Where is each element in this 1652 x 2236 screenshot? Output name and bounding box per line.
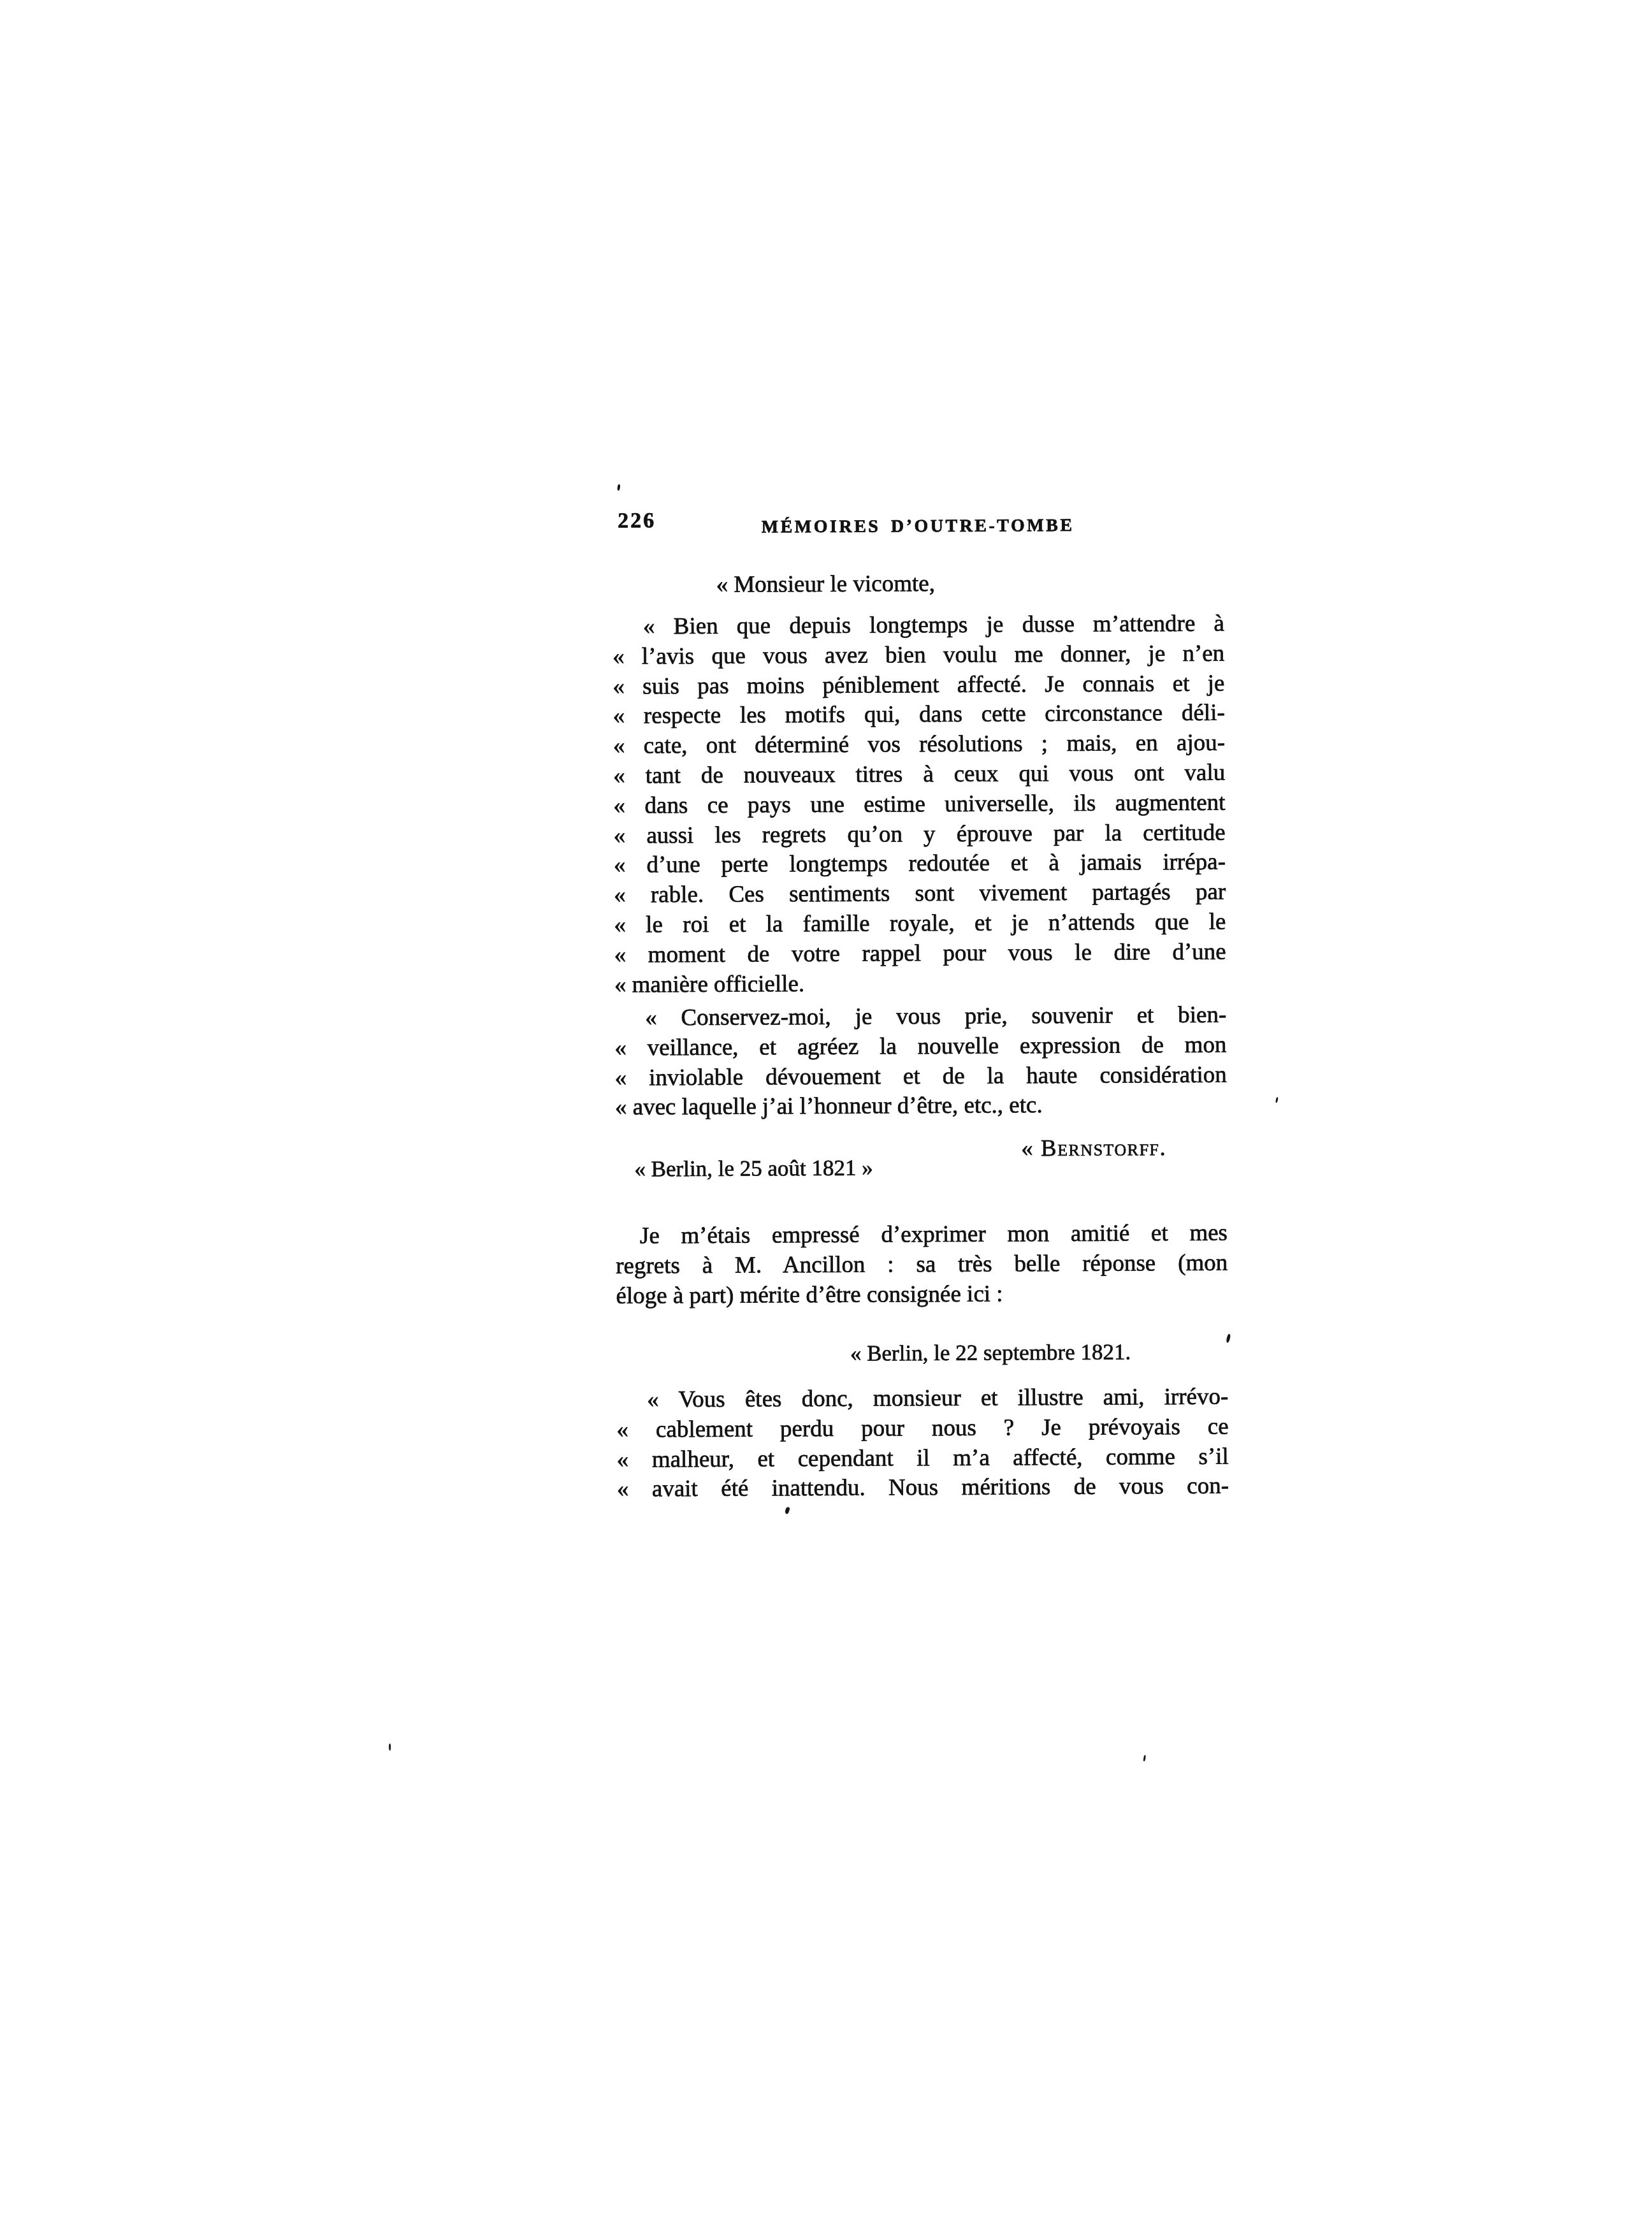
signature-text: « Bernstorff.: [1021, 1134, 1166, 1162]
text-line: « inviolable dévouement et de la haute c…: [615, 1060, 1227, 1093]
text-line: « Bien que depuis longtemps je dusse m’a…: [612, 609, 1224, 642]
text-line: « l’avis que vous avez bien voulu me don…: [612, 639, 1224, 672]
ink-speck: [1226, 1333, 1231, 1343]
text-line: « tant de nouveaux titres à ceux qui vou…: [613, 759, 1225, 792]
text-line: « avec laquelle j’ai l’honneur d’être, e…: [615, 1090, 1227, 1123]
text-line: « cablement perdu pour nous ? Je prévoya…: [616, 1412, 1228, 1445]
text-line: « Vous êtes donc, monsieur et illustre a…: [616, 1383, 1228, 1416]
text-line: « malheur, et cependant il m’a affecté, …: [617, 1442, 1229, 1475]
text-line: « veillance, et agréez la nouvelle expre…: [614, 1031, 1226, 1064]
letter-dateline-berlin-september: « Berlin, le 22 septembre 1821.: [850, 1339, 1131, 1368]
letter-dateline-berlin-august: « Berlin, le 25 août 1821 »: [634, 1154, 873, 1184]
text-line: éloge à part) mérite d’être consignée ic…: [616, 1278, 1228, 1311]
text-line: « rable. Ces sentiments sont vivement pa…: [614, 878, 1226, 911]
ink-speck: [389, 1744, 391, 1751]
ink-speck: [617, 484, 620, 490]
letter-salutation: « Monsieur le vicomte,: [716, 569, 934, 600]
text-line: « cate, ont déterminé vos résolutions ; …: [613, 729, 1225, 762]
ink-speck: [785, 1507, 790, 1514]
text-line: « manière officielle.: [614, 967, 1226, 1000]
text-line: « aussi les regrets qu’on y éprouve par …: [614, 818, 1226, 851]
second-letter-paragraph: « Vous êtes donc, monsieur et illustre a…: [616, 1383, 1229, 1505]
text-line: « Conservez-moi, je vous prie, souvenir …: [614, 1001, 1226, 1034]
text-line: « moment de votre rappel pour vous le di…: [614, 937, 1226, 970]
text-line: « d’une perte longtemps redoutée et à ja…: [614, 848, 1226, 881]
text-line: « dans ce pays une estime universelle, i…: [613, 788, 1225, 821]
running-title: MÉMOIRES D’OUTRE-TOMBE: [612, 515, 1224, 539]
letter-paragraph-2: « Conservez-moi, je vous prie, souvenir …: [614, 1001, 1227, 1123]
book-page-scan: 226 MÉMOIRES D’OUTRE-TOMBE « Monsieur le…: [0, 0, 1652, 2236]
text-line: « respecte les motifs qui, dans cette ci…: [613, 699, 1225, 732]
narration-paragraph: Je m’étais empressé d’exprimer mon amiti…: [616, 1219, 1228, 1311]
text-line: Je m’étais empressé d’exprimer mon amiti…: [616, 1219, 1228, 1252]
ink-speck: [1143, 1755, 1146, 1761]
text-line: regrets à M. Ancillon : sa très belle ré…: [616, 1249, 1228, 1282]
letter-paragraph-1: « Bien que depuis longtemps je dusse m’a…: [612, 609, 1226, 1000]
text-line: « avait été inattendu. Nous méritions de…: [617, 1472, 1229, 1505]
ink-speck: [1275, 1097, 1279, 1103]
page-content: 226 MÉMOIRES D’OUTRE-TOMBE « Monsieur le…: [0, 0, 1652, 2236]
text-line: « le roi et la famille royale, et je n’a…: [614, 908, 1226, 941]
text-line: « suis pas moins péniblement affecté. Je…: [612, 669, 1224, 702]
